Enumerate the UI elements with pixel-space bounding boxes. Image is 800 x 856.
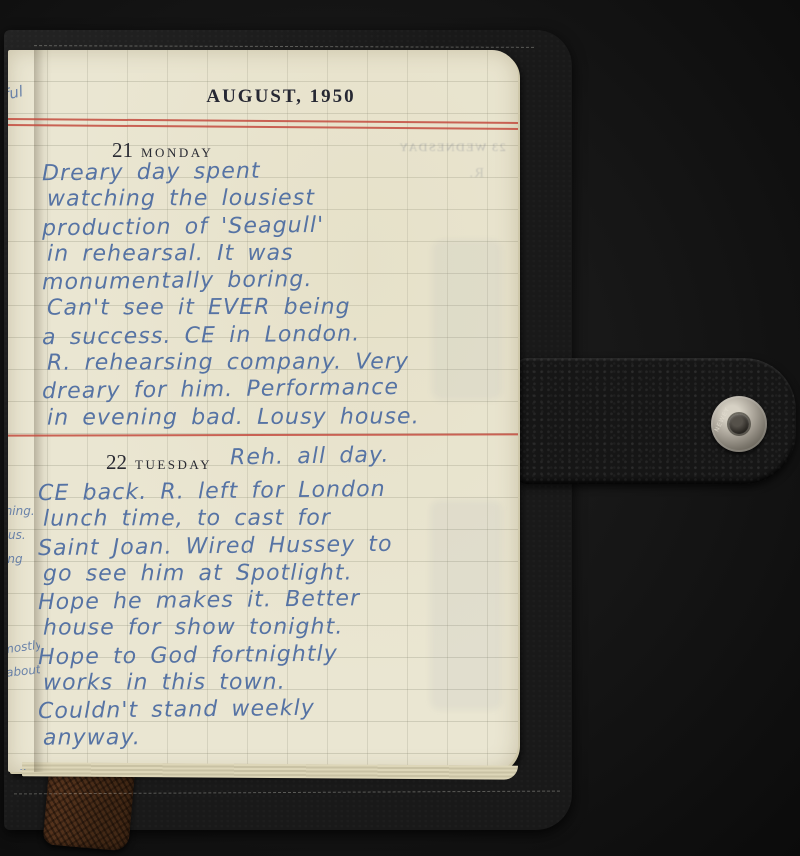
snap-button: NEWEY [711,396,767,452]
handwritten-line: go see him at Spotlight. [43,559,393,588]
handwritten-line: Saint Joan. Wired Hussey to [38,530,393,562]
snap-ring-text: NEWEY [713,406,731,433]
month-year-header: AUGUST, 1950 [8,86,518,108]
bleed-through-fragment: R. [468,166,484,182]
handwriting-fragment: about [8,662,40,680]
diary-photo: NEWEY 23 WEDNESDAY R. AUGUST, 1950 21MON… [0,0,800,856]
tuesday-day-number: 22 [106,450,127,474]
handwriting-fragment: us. [8,528,26,542]
bleed-through-smudge [430,500,502,710]
handwritten-line: lunch time, to cast for [43,505,393,534]
tuesday-entry-text: CE back. R. left for London lunch time, … [38,478,393,751]
handwriting-fragment: thing. [8,504,35,518]
previous-page-edge: ful thing. us. ing mostly about ulls. [8,52,40,770]
tuesday-heading: 22TUESDAY [106,450,212,475]
handwritten-line: anyway. [43,723,393,752]
handwritten-line: dreary for him. Performance [42,374,420,406]
handwritten-line: Dreary day spent [42,156,420,188]
handwritten-line: monumentally boring. [42,265,420,297]
handwritten-line: R. rehearsing company. Very [47,348,420,377]
tuesday-opening-line: Reh. all day. [230,443,390,471]
handwritten-line: Hope he makes it. Better [38,585,393,617]
bleed-through-day-label: 23 WEDNESDAY [398,140,506,155]
handwriting-fragment: mostly [8,637,40,656]
handwritten-line: watching the lousiest [47,185,420,214]
handwriting-fragment: ulls. [10,768,36,770]
handwritten-line: in evening bad. Lousy house. [47,403,420,432]
handwritten-line: works in this town. [43,668,393,697]
handwritten-line: Couldn't stand weekly [38,694,393,726]
handwritten-line: in rehearsal. It was [47,239,420,268]
monday-entry-text: Dreary day spent watching the lousiest p… [42,158,420,431]
handwritten-line: Can't see it EVER being [47,294,420,323]
handwriting-fragment: ful [8,82,25,104]
handwritten-line: a success. CE in London. [42,319,420,351]
handwriting-fragment: ing [8,552,23,566]
handwritten-line: CE back. R. left for London [38,476,393,508]
handwritten-line: Hope to God fortnightly [38,640,393,672]
bleed-through-smudge [432,240,502,400]
handwritten-line: production of 'Seagull' [42,210,420,242]
tuesday-day-name: TUESDAY [135,457,212,472]
handwritten-line: house for show tonight. [43,614,393,643]
